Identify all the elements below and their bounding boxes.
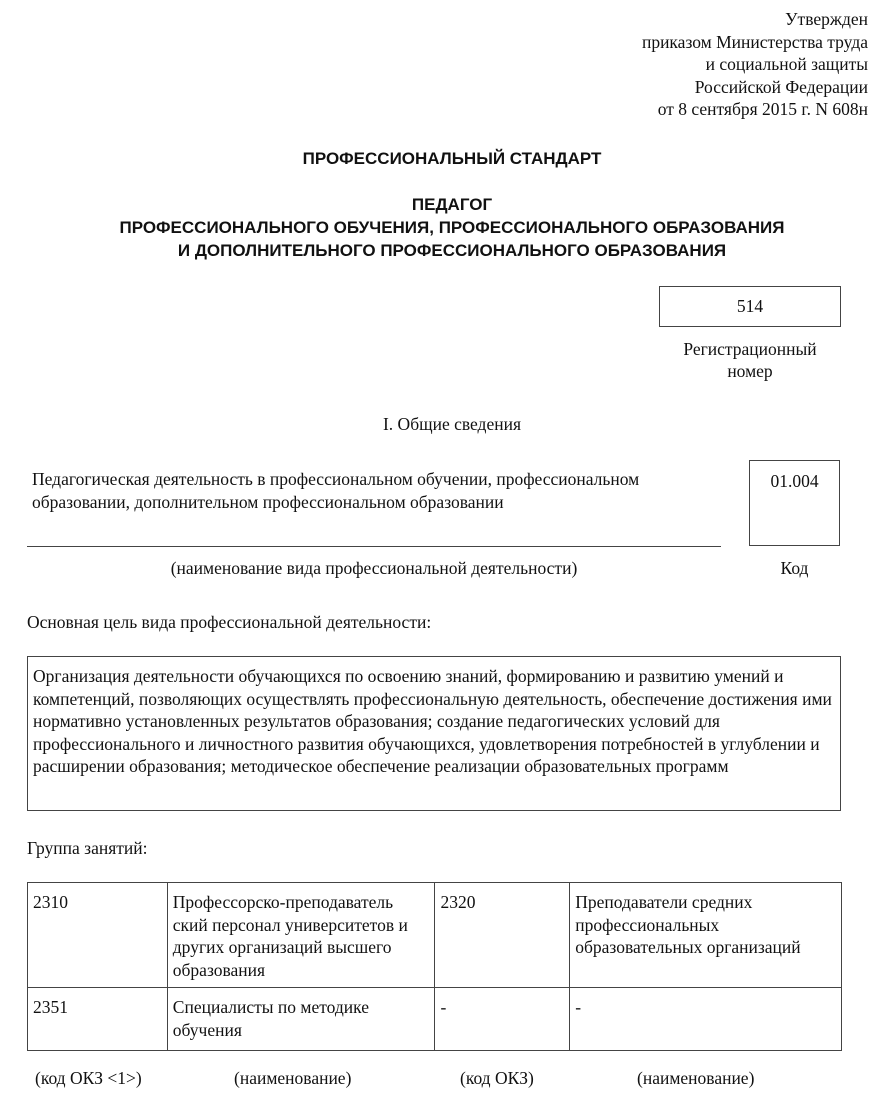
approval-line: и социальной защиты xyxy=(642,53,868,76)
okz-name-cell: Специалисты по методике обучения xyxy=(167,988,435,1051)
approval-line: Утвержден xyxy=(642,8,868,31)
approval-block: Утвержден приказом Министерства труда и … xyxy=(642,8,868,121)
goal-label: Основная цель вида профессиональной деят… xyxy=(27,612,431,633)
okz-code-cell: 2351 xyxy=(28,988,168,1051)
okz-code-cell: 2320 xyxy=(435,883,570,988)
okz-code-cell: - xyxy=(435,988,570,1051)
registration-number-label: Регистрационный номер xyxy=(659,338,841,382)
standard-name-line: ПЕДАГОГ xyxy=(0,193,884,216)
caption-name: (наименование) xyxy=(637,1068,754,1089)
okz-name-cell: - xyxy=(570,988,842,1051)
table-row: 2351 Специалисты по методике обучения - … xyxy=(28,988,842,1051)
registration-label-line: Регистрационный xyxy=(659,338,841,360)
caption-name: (наименование) xyxy=(234,1068,351,1089)
occupation-table: 2310 Профессорско-преподаватель ский пер… xyxy=(27,882,842,1051)
registration-label-line: номер xyxy=(659,360,841,382)
approval-line: от 8 сентября 2015 г. N 608н xyxy=(642,98,868,121)
activity-code-box: 01.004 xyxy=(749,460,840,546)
caption-okz-code: (код ОКЗ <1>) xyxy=(35,1068,142,1089)
goal-text-box: Организация деятельности обучающихся по … xyxy=(27,656,841,811)
section-title: I. Общие сведения xyxy=(0,414,884,435)
approval-line: Российской Федерации xyxy=(642,76,868,99)
activity-underline xyxy=(27,546,721,547)
okz-name-cell: Преподаватели средних профессиональных о… xyxy=(570,883,842,988)
occupation-group-label: Группа занятий: xyxy=(27,838,148,859)
activity-name-caption: (наименование вида профессиональной деят… xyxy=(27,558,721,579)
okz-code-cell: 2310 xyxy=(28,883,168,988)
standard-name: ПЕДАГОГ ПРОФЕССИОНАЛЬНОГО ОБУЧЕНИЯ, ПРОФ… xyxy=(0,193,884,262)
activity-name: Педагогическая деятельность в профессион… xyxy=(32,468,722,514)
caption-okz-code: (код ОКЗ) xyxy=(460,1068,534,1089)
activity-code-caption: Код xyxy=(749,558,840,579)
registration-number-box: 514 xyxy=(659,286,841,327)
table-row: 2310 Профессорско-преподаватель ский пер… xyxy=(28,883,842,988)
standard-name-line: ПРОФЕССИОНАЛЬНОГО ОБУЧЕНИЯ, ПРОФЕССИОНАЛ… xyxy=(0,216,884,239)
document-type-title: ПРОФЕССИОНАЛЬНЫЙ СТАНДАРТ xyxy=(0,149,884,169)
standard-name-line: И ДОПОЛНИТЕЛЬНОГО ПРОФЕССИОНАЛЬНОГО ОБРА… xyxy=(0,239,884,262)
approval-line: приказом Министерства труда xyxy=(642,31,868,54)
okz-name-cell: Профессорско-преподаватель ский персонал… xyxy=(167,883,435,988)
